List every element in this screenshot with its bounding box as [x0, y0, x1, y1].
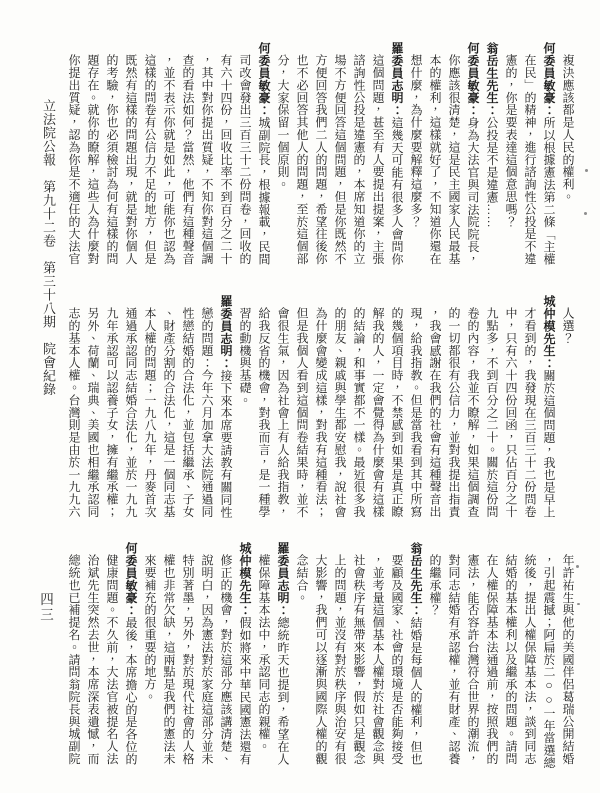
- speech-line: 上的問題，並沒有對於秩序與治安有很: [330, 542, 349, 774]
- speech-line: 的繼承權？: [425, 542, 444, 774]
- speech-line: 想什麼，為什麼要解釋這麼多？: [406, 42, 425, 274]
- speech-line: 題存在。就你的瞭解，這些人為什麼對: [83, 42, 102, 274]
- speech-line-speaker-start: 翁岳生先生：結婚是每個人的權利，但也: [406, 542, 425, 774]
- speech-text: 最後，本席擔心的是各位的: [124, 616, 138, 765]
- scan-speck: [576, 565, 579, 568]
- speech-line: 既然有這樣的問題出現，就是對你個人: [121, 42, 140, 274]
- speech-line: 方便回答我們二人的問題，希望往後你: [311, 42, 330, 274]
- speech-line: 的幾個項目時，不禁感到如果是真正瞭: [387, 295, 406, 527]
- speech-line: ，其中對你提出質疑，不知你對這個調: [197, 42, 216, 274]
- speech-text: 這幾天可能有很多人會問你: [390, 116, 404, 265]
- scan-speck: [584, 212, 587, 215]
- speech-line: 你提出質疑，認為你是不適任的大法官: [64, 42, 83, 274]
- speech-line-speaker-start: 羅委員志明：總統昨天也提到，希望在人: [273, 542, 292, 774]
- speech-text: 身為大法官與司法院院長，: [466, 116, 480, 265]
- speech-line: 本人權的問題；一九八九年，丹麥首次: [140, 295, 159, 527]
- speech-line: 治斌先生突然去世，本席深表遺憾，而: [83, 542, 102, 774]
- speech-text: 結婚是每個人的權利，但也: [409, 616, 423, 765]
- speaker-name: 城仲模先生：: [542, 295, 556, 369]
- document-page: 立法院公報 第九十二卷 第三十八期 院會紀錄 四三 複決應該都是人民的權利。何委…: [0, 0, 600, 793]
- speech-line: ，我會感謝在我們的社會有這種聲音出: [425, 295, 444, 527]
- speech-line: 來要補充的很重要的地方。: [140, 542, 159, 774]
- speech-line: 為什麼會變成這樣，對我有這種看法；: [311, 295, 330, 527]
- speech-line: 司改會發出三百三十二份問卷，回收的: [235, 42, 254, 274]
- speech-line: 給我反省的機會，對我而言，是一種學: [254, 295, 273, 527]
- speaker-name: 何委員敏豪：: [542, 42, 556, 116]
- speaker-name: 羅委員志明：: [390, 42, 404, 116]
- speech-line: 解我的人，一定會覺得為什麼會有這樣: [368, 295, 387, 527]
- speech-line: 但是我個人看到這個問卷結果時，並不: [292, 295, 311, 527]
- speech-text: 城副院長，根據報載，民間: [257, 116, 271, 265]
- speech-line-speaker-start: 何委員敏豪：最後，本席擔心的是各位的: [121, 542, 140, 774]
- speech-line: 現，給我指教。但是當我看到其中所寫: [406, 295, 425, 527]
- speech-text: 接下來本席要請教有關同性: [219, 369, 233, 518]
- speech-text: 所以根據憲法第二條「主權: [542, 116, 556, 265]
- speech-line: 中，只有六十四份回函，只佔百分之十: [501, 295, 520, 527]
- speech-line: 特別著墨，另外，對於現代社會的人格: [178, 542, 197, 774]
- page-number: 四三: [35, 592, 55, 623]
- speech-line: 社會秩序有無帶來影響，假如只是觀念: [349, 542, 368, 774]
- speech-line-speaker-start: 何委員敏豪：城副院長，根據報載，民間: [254, 42, 273, 274]
- speech-line: 通過承認同志結婚合法化，並於一九九: [121, 295, 140, 527]
- speech-line-speaker-start: 城仲模先生：關於這個問題，我也是早上: [539, 295, 558, 527]
- speech-line-speaker-start: 羅委員志明：這幾天可能有很多人會問你: [387, 42, 406, 274]
- speech-line: 你應該很清楚，這是民主國家人民最基: [444, 42, 463, 274]
- speech-line: 這個問題，甚至有人要提出提案，主張: [368, 42, 387, 274]
- speech-line: 的一切都很有公信力，並對我提出指責: [444, 295, 463, 527]
- speech-line: 說明白，因為憲法對於家庭這部分並未: [197, 542, 216, 774]
- speech-line: 卷的內容，我並不瞭解，如果這個調查: [463, 295, 482, 527]
- speech-line: 對同志結婚有承認權，並有財產、認養: [444, 542, 463, 774]
- speaker-name: 翁岳生先生：: [485, 42, 499, 116]
- speech-line: 九年承認可以認養子女，擁有繼承權；: [102, 295, 121, 527]
- speech-line: 的結論，和事實都不一樣。最近很多我: [349, 295, 368, 527]
- speech-line: 憲的，你是要表達這個意思嗎？: [501, 42, 520, 274]
- speech-line-speaker-start: 何委員敏豪：所以根據憲法第二條「主權: [539, 42, 558, 274]
- scan-speck: [577, 603, 580, 605]
- speech-line: 人選？: [558, 295, 577, 527]
- speech-line: 有六十四份，回收比率不到百分之二十: [216, 42, 235, 274]
- speech-line: 另外、荷蘭、瑞典、美國也相繼承認同: [83, 295, 102, 527]
- speech-line: 健康問題。不久前，大法官被提名人法: [102, 542, 121, 774]
- speech-line: 場不方便回答這個問題，但是你既然不: [330, 42, 349, 274]
- gazette-page: { "page": { "margin_label": "立法院公報 第九十二卷…: [0, 0, 600, 793]
- speech-line: 念結合。: [292, 542, 311, 774]
- speech-line: 也不必回答其他人的問題，至於這個部: [292, 42, 311, 274]
- speech-line: 統後，提出人權保障基本法，談到同志: [520, 542, 539, 774]
- speaker-name: 何委員敏豪：: [257, 42, 271, 116]
- speech-line: 修正的機會，對於這部分應該講清楚、: [216, 542, 235, 774]
- speech-line: 這樣的問卷有公信力不足的地方，但是: [140, 42, 159, 274]
- speech-line: 分，大家保留一個原則。: [273, 42, 292, 274]
- speech-line: 會很生氣，因為社會上有人給我指教，: [273, 295, 292, 527]
- speech-line: 權也非常欠缺，這兩點是我們的憲法未: [159, 542, 178, 774]
- speech-text: 總統昨天也提到，希望在人: [276, 616, 290, 765]
- speech-line: 查的看法如何？當然，他們有這種聲音: [178, 42, 197, 274]
- speaker-name: 城仲模先生：: [238, 542, 252, 616]
- speech-line: 本的權利，這樣就好了，不知道你還在: [425, 42, 444, 274]
- speaker-name: 何委員敏豪：: [466, 42, 480, 116]
- speech-line: 、財產分割的合法化，這是一個同志基: [159, 295, 178, 527]
- speech-text: 假如將來中華民國憲法還有: [238, 616, 252, 765]
- speech-line: 習的動機與基礎。: [235, 295, 254, 527]
- speech-line: 權保障基本法中，承認同志的親權。: [254, 542, 273, 774]
- speech-line: 志的基本人權。台灣則是由於一九九六: [64, 295, 83, 527]
- speech-line: 大影響，我們可以逐漸與國際人權的觀: [311, 542, 330, 774]
- text-band-bottom: 年許祐生與他的美國伴侶葛瑞公開結婚，引起震撼；阿扁於二○○一年當選總統後，提出人…: [64, 542, 577, 774]
- speech-line: 在人權保障基本法通過前，按照我們的: [482, 542, 501, 774]
- speech-line: 的朋友、親戚與學生都安慰我，說社會: [330, 295, 349, 527]
- scan-speck: [585, 169, 588, 172]
- speech-line: 九點多，不到百分之二十。關於這份問: [482, 295, 501, 527]
- speech-line-speaker-start: 翁岳生先生：公投是不是違憲……: [482, 42, 501, 274]
- speech-line: 總統也已補提名。請問翁院長與城副院: [64, 542, 83, 774]
- text-band-middle: 人選？城仲模先生：關於這個問題，我也是早上才看到的，我發現在三百三十二份問卷中，…: [64, 295, 577, 527]
- speech-line: 年許祐生與他的美國伴侶葛瑞公開結婚: [558, 542, 577, 774]
- speech-line-speaker-start: 何委員敏豪：身為大法官與司法院院長，: [463, 42, 482, 274]
- speech-line: 憲法，能否容許台灣符合世界的潮流，: [463, 542, 482, 774]
- speech-line: 要顧及國家、社會的環境是否能夠接受: [387, 542, 406, 774]
- speech-line-speaker-start: 城仲模先生：假如將來中華民國憲法還有: [235, 542, 254, 774]
- speech-line: 結婚的基本權利以及繼承的問題。請問: [501, 542, 520, 774]
- gazette-margin-label: 立法院公報 第九十二卷 第三十八期 院會紀錄: [39, 99, 58, 409]
- speaker-name: 何委員敏豪：: [124, 542, 138, 616]
- speech-line-speaker-start: 羅委員志明：接下來本席要請教有關同性: [216, 295, 235, 527]
- speech-line: 諮詢性公投是違憲的，本席知道你的立: [349, 42, 368, 274]
- speech-line: ，引起震撼；阿扁於二○○一年當選總: [539, 542, 558, 774]
- speech-line: 複決應該都是人民的權利。: [558, 42, 577, 274]
- speaker-name: 翁岳生先生：: [409, 542, 423, 616]
- speech-text: 公投是不是違憲……: [485, 116, 499, 228]
- speaker-name: 羅委員志明：: [219, 295, 233, 369]
- speech-line: 戀的問題：今年六月加拿大法院通過同: [197, 295, 216, 527]
- speech-line: 性戀結婚的合法化，並包括繼承、子女: [178, 295, 197, 527]
- speech-line: 才看到的，我發現在三百三十二份問卷: [520, 295, 539, 527]
- speaker-name: 羅委員志明：: [276, 542, 290, 616]
- speech-line: ，並不表示你就是如此，可能你也認為: [159, 42, 178, 274]
- speech-line: 在民」的精神，進行諮詢性公投是不違: [520, 42, 539, 274]
- speech-text: 關於這個問題，我也是早上: [542, 369, 556, 518]
- speech-line: ，並考量這個基本人權對於社會觀念與: [368, 542, 387, 774]
- speech-line: 的考驗，你也必須檢討為何有這樣的問: [102, 42, 121, 274]
- text-band-top: 複決應該都是人民的權利。何委員敏豪：所以根據憲法第二條「主權在民」的精神，進行諮…: [64, 42, 577, 274]
